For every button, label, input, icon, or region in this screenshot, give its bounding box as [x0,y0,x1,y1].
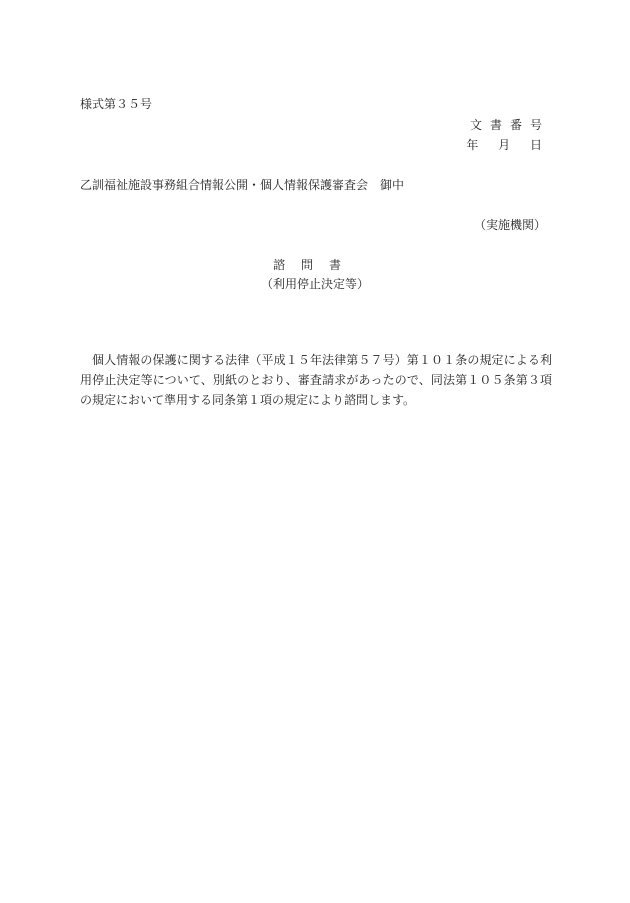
form-number: 様式第３５号 [80,97,152,112]
implementing-agency: （実施機関） [474,218,546,233]
document-title: 諮問書 [0,258,630,273]
body-paragraph: 個人情報の保護に関する法律（平成１５年法律第５７号）第１０１条の規定による利用停… [80,350,552,410]
addressee: 乙訓福祉施設事務組合情報公開・個人情報保護審査会 御中 [80,178,404,193]
document-number-label: 文書番号 [470,118,550,133]
date-label: 年 月 日 [466,138,550,153]
document-page: 様式第３５号 文書番号 年 月 日 乙訓福祉施設事務組合情報公開・個人情報保護審… [0,0,630,903]
document-subtitle: （利用停止決定等） [0,277,630,292]
